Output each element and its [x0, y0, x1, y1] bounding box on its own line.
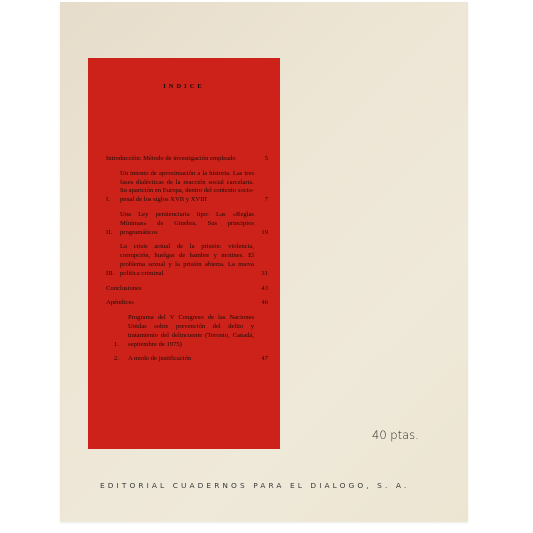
toc-entry-title: La crisis actual de la prisión: violenci… — [120, 243, 254, 278]
toc-entry-page: 31 — [254, 270, 268, 279]
toc-entry-page: 5 — [254, 155, 268, 164]
toc-entry-title: Una Ley penitenciaria tipo: Las «Reglas … — [120, 211, 254, 237]
toc-entry-page: 19 — [254, 229, 268, 238]
toc-entry-number: 1. — [114, 341, 128, 350]
toc-entry-page: 43 — [254, 285, 268, 294]
toc-entry: 1.Programa del V Congreso de las Nacione… — [106, 314, 268, 349]
toc-entry-number: 2. — [114, 355, 128, 364]
toc-entry-page: 47 — [254, 355, 268, 364]
table-of-contents: Introducción: Método de investigación em… — [106, 155, 268, 370]
toc-entry-number: I. — [106, 196, 120, 205]
toc-entry-title: Un intento de aproximación a la historia… — [120, 170, 254, 205]
toc-entry-page: 7 — [254, 196, 268, 205]
toc-entry: Introducción: Método de investigación em… — [106, 155, 268, 164]
toc-entry-title: Conclusiones — [106, 285, 254, 294]
toc-entry: II.Una Ley penitenciaria tipo: Las «Regl… — [106, 211, 268, 237]
toc-entry-title: Programa del V Congreso de las Naciones … — [128, 314, 254, 349]
publisher-name: EDITORIAL CUADERNOS PARA EL DIALOGO, S. … — [100, 481, 409, 490]
price-label: 40 ptas. — [372, 428, 419, 442]
toc-entry: Conclusiones43 — [106, 285, 268, 294]
toc-entry: 2.A modo de justificación47 — [106, 355, 268, 364]
toc-entry-title: Introducción: Método de investigación em… — [106, 155, 254, 164]
toc-entry-number: III. — [106, 270, 120, 279]
toc-entry: I.Un intento de aproximación a la histor… — [106, 170, 268, 205]
toc-entry: III.La crisis actual de la prisión: viol… — [106, 243, 268, 278]
toc-entry: Apéndices46 — [106, 299, 268, 308]
toc-entry-number: II. — [106, 229, 120, 238]
toc-entry-title: Apéndices — [106, 299, 254, 308]
index-title: INDICE — [88, 83, 280, 90]
toc-entry-title: A modo de justificación — [128, 355, 254, 364]
toc-entry-page: 46 — [254, 299, 268, 308]
